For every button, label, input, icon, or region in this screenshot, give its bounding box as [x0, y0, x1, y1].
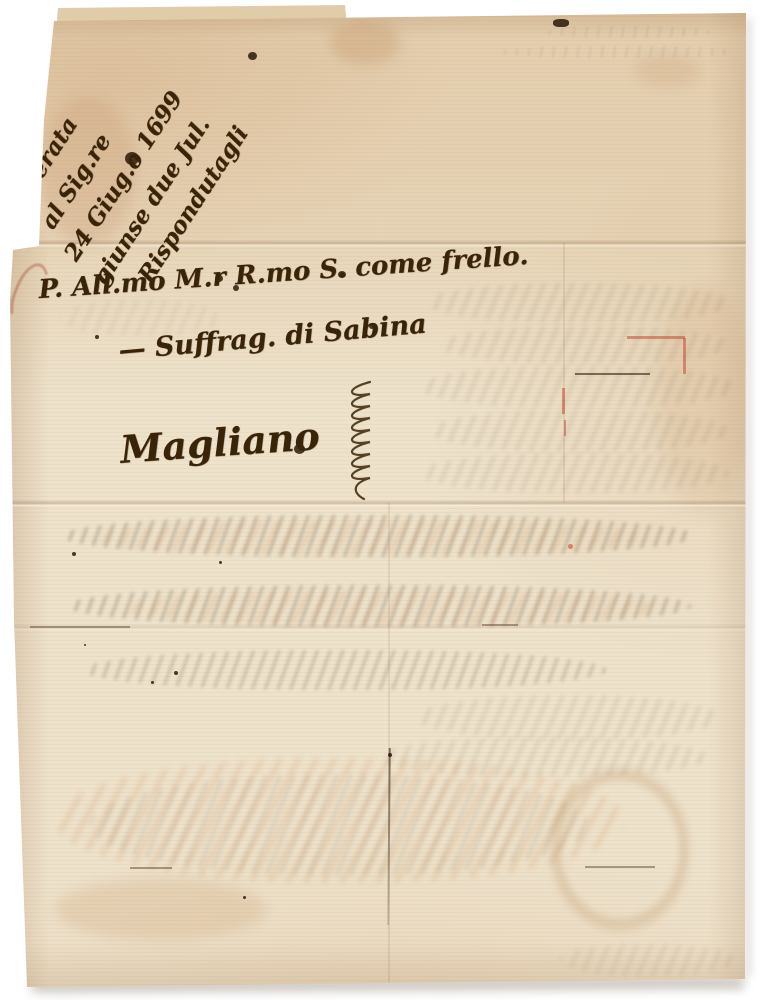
show-through-ring: [545, 762, 695, 937]
pencil-inscription: [500, 46, 735, 58]
paper-sheet: Macerata al Sig.re 24 Giug.o 1699 giunse…: [0, 0, 769, 1000]
flourish-coil: [338, 378, 378, 502]
ink-speck: [84, 644, 86, 646]
scratch-mark: [130, 867, 172, 869]
ink-speck: [151, 681, 154, 684]
photograph-of-letter: { "colors": { "page_bg": "#ffffff", "pap…: [0, 0, 769, 1000]
ink-blot: [95, 0, 107, 6]
ink-blot: [553, 19, 569, 27]
ink-speck: [174, 671, 178, 675]
stain: [655, 285, 755, 510]
ink-speck: [219, 561, 222, 564]
fold-crease-vertical: [563, 243, 565, 503]
ink-speck: [388, 753, 392, 757]
pencil-inscription: [545, 26, 710, 38]
scratch-mark: [585, 866, 655, 868]
red-ink-mark: [564, 420, 566, 436]
red-ink-mark: [562, 388, 565, 414]
stain: [55, 878, 265, 940]
ink-speck: [243, 896, 246, 899]
scratch-mark: [30, 626, 130, 628]
ink-speck: [95, 335, 99, 339]
ink-speck: [72, 552, 76, 556]
red-ink-mark: [683, 338, 686, 374]
scratch-mark: [482, 624, 518, 626]
stain: [330, 20, 400, 65]
fold-crease-lower: [0, 500, 769, 507]
red-ink-mark: [627, 336, 685, 339]
red-ink-dot: [568, 544, 573, 549]
scratch-mark: [575, 373, 650, 375]
stain: [635, 55, 700, 87]
